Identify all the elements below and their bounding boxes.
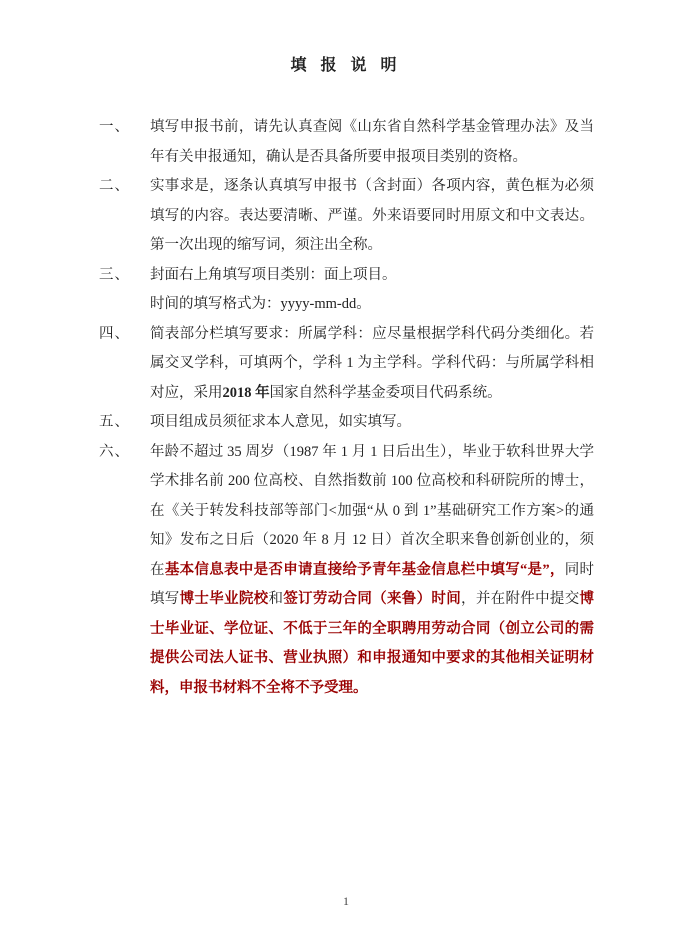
text-run: 项目组成员须征求本人意见，如实填写。 [150, 414, 411, 430]
text-run: 国家自然科学基金委项目代码系统。 [270, 385, 502, 401]
item-number: 五、 [99, 408, 150, 438]
item-number: 三、 [99, 261, 150, 291]
item-text: 填写申报书前，请先认真查阅《山东省自然科学基金管理办法》及当年有关申报通知，确认… [150, 113, 594, 172]
text-run: 实事求是，逐条认真填写申报书（含封面）各项内容，黄色框为必须填写的内容。表达要清… [150, 178, 594, 253]
text-run: 2018 年 [223, 385, 270, 401]
instruction-item: 四、简表部分栏填写要求：所属学科：应尽量根据学科代码分类细化。若属交叉学科，可填… [99, 320, 594, 409]
document-page: 填 报 说 明 一、填写申报书前，请先认真查阅《山东省自然科学基金管理办法》及当… [0, 0, 692, 952]
item-text: 实事求是，逐条认真填写申报书（含封面）各项内容，黄色框为必须填写的内容。表达要清… [150, 172, 594, 261]
text-run: 填写申报书前，请先认真查阅《山东省自然科学基金管理办法》及当年有关申报通知，确认… [150, 119, 594, 165]
item-number: 四、 [99, 320, 150, 350]
page-title: 填 报 说 明 [0, 52, 692, 75]
item-text: 简表部分栏填写要求：所属学科：应尽量根据学科代码分类细化。若属交叉学科，可填两个… [150, 320, 594, 409]
item-number: 六、 [99, 438, 150, 468]
item-text: 年龄不超过 35 周岁（1987 年 1 月 1 日后出生），毕业于软科世界大学… [150, 438, 594, 704]
instruction-item: 一、填写申报书前，请先认真查阅《山东省自然科学基金管理办法》及当年有关申报通知，… [99, 113, 594, 172]
instruction-item: 六、年龄不超过 35 周岁（1987 年 1 月 1 日后出生），毕业于软科世界… [99, 438, 594, 704]
emphasized-text-run: 基本信息表中是否申请直接给予青年基金信息栏中填写“是”， [165, 562, 565, 578]
item-text: 项目组成员须征求本人意见，如实填写。 [150, 408, 594, 438]
instruction-item: 二、实事求是，逐条认真填写申报书（含封面）各项内容，黄色框为必须填写的内容。表达… [99, 172, 594, 261]
emphasized-text-run: 博士毕业院校 [180, 591, 269, 607]
text-run: 封面右上角填写项目类别：面上项目。 时间的填写格式为：yyyy-mm-dd。 [150, 267, 397, 313]
emphasized-text-run: 签订劳动合同（来鲁）时间 [283, 591, 461, 607]
page-number: 1 [0, 894, 692, 909]
item-number: 二、 [99, 172, 150, 202]
item-number: 一、 [99, 113, 150, 143]
instruction-item: 五、项目组成员须征求本人意见，如实填写。 [99, 408, 594, 438]
text-run: 年龄不超过 35 周岁（1987 年 1 月 1 日后出生），毕业于软科世界大学… [150, 444, 594, 578]
item-text: 封面右上角填写项目类别：面上项目。 时间的填写格式为：yyyy-mm-dd。 [150, 261, 594, 320]
text-run: ，并在附件中提交 [461, 591, 579, 607]
text-run: 和 [269, 591, 284, 607]
instruction-item: 三、封面右上角填写项目类别：面上项目。 时间的填写格式为：yyyy-mm-dd。 [99, 261, 594, 320]
instructions-list: 一、填写申报书前，请先认真查阅《山东省自然科学基金管理办法》及当年有关申报通知，… [0, 113, 692, 703]
